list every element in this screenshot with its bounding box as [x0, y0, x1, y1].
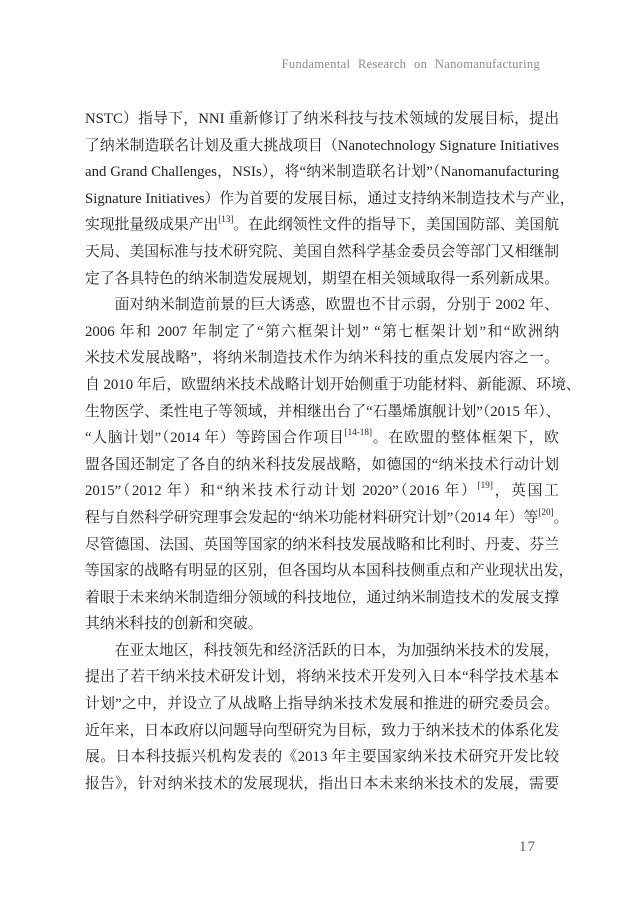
text-line: 尽管德国、法国、英国等国家的纳米科技发展战略和比利时、丹麦、芬兰 [85, 532, 559, 559]
text-line: 报告》，针对纳米技术的发展现状，指出日本未来纳米技术的发展，需要 [85, 771, 559, 798]
text-line: 盟各国还制定了各自的纳米科技发展战略，如德国的“纳米技术行动计划 [85, 452, 559, 479]
text-line: 2015”（2012 年）和“纳米技术行动计划 2020”（2016 年）[19… [85, 478, 559, 505]
citation-ref: [19] [478, 480, 493, 490]
text-line: and Grand Challenges，NSIs），将“纳米制造联名计划”（N… [85, 159, 559, 186]
running-header: Fundamental Research on Nanomanufacturin… [282, 57, 540, 72]
text-line: 了纳米制造联名计划及重大挑战项目（Nanotechnology Signatur… [85, 133, 559, 160]
text-line: “人脑计划”（2014 年）等跨国合作项目[14-18]。在欧盟的整体框架下，欧 [85, 425, 559, 452]
text-line: 自 2010 年后，欧盟纳米技术战略计划开始侧重于功能材料、新能源、环境、 [85, 372, 559, 399]
citation-ref: [20] [538, 507, 553, 517]
text-line: 天局、美国标准与技术研究院、美国自然科学基金委员会等部门又相继制 [85, 239, 559, 266]
paragraph: NSTC）指导下，NNI 重新修订了纳米科技与技术领域的发展目标，提出了纳米制造… [85, 106, 559, 292]
text-line: 程与自然科学研究理事会发起的“纳米功能材料研究计划”（2014 年）等[20]。 [85, 505, 559, 532]
text-line: 提出了若干纳米技术研发计划，将纳米技术开发列入日本“科学技术基本 [85, 664, 559, 691]
text-line: 面对纳米制造前景的巨大诱惑，欧盟也不甘示弱，分别于 2002 年、 [85, 292, 559, 319]
text-line: 米技术发展战略”，将纳米制造技术作为纳米科技的重点发展内容之一。 [85, 345, 559, 372]
text-line: NSTC）指导下，NNI 重新修订了纳米科技与技术领域的发展目标，提出 [85, 106, 559, 133]
text-line: 着眼于未来纳米制造细分领域的科技地位，通过纳米制造技术的发展支撑 [85, 585, 559, 612]
text-line: 定了各具特色的纳米制造发展规划，期望在相关领域取得一系列新成果。 [85, 266, 559, 293]
text-line: 计划”之中，并设立了从战略上指导纳米技术发展和推进的研究委员会。 [85, 691, 559, 718]
body-text: NSTC）指导下，NNI 重新修订了纳米科技与技术领域的发展目标，提出了纳米制造… [85, 106, 559, 797]
text-line: 2006 年和 2007 年制定了“第六框架计划” “第七框架计划”和“欧洲纳 [85, 319, 559, 346]
text-line: 实现批量级成果产出[13]。在此纲领性文件的指导下，美国国防部、美国航 [85, 212, 559, 239]
text-line: 在亚太地区，科技领先和经济活跃的日本，为加强纳米技术的发展， [85, 638, 559, 665]
text-line: 展。日本科技振兴机构发表的《2013 年主要国家纳米技术研究开发比较 [85, 744, 559, 771]
text-line: 近年来，日本政府以问题导向型研究为目标，致力于纳米技术的体系化发 [85, 718, 559, 745]
text-line: 等国家的战略有明显的区别，但各国均从本国科技侧重点和产业现状出发， [85, 558, 559, 585]
text-line: 其纳米科技的创新和突破。 [85, 611, 559, 638]
page-number: 17 [519, 838, 536, 856]
citation-ref: [13] [218, 214, 233, 224]
text-line: 生物医学、柔性电子等领域，并相继出台了“石墨烯旗舰计划”（2015 年）、 [85, 399, 559, 426]
document-page: Fundamental Research on Nanomanufacturin… [0, 0, 643, 908]
citation-ref: [14-18] [345, 427, 372, 437]
paragraph: 在亚太地区，科技领先和经济活跃的日本，为加强纳米技术的发展，提出了若干纳米技术研… [85, 638, 559, 798]
paragraph: 面对纳米制造前景的巨大诱惑，欧盟也不甘示弱，分别于 2002 年、2006 年和… [85, 292, 559, 638]
text-line: Signature Initiatives）作为首要的发展目标，通过支持纳米制造… [85, 186, 559, 213]
